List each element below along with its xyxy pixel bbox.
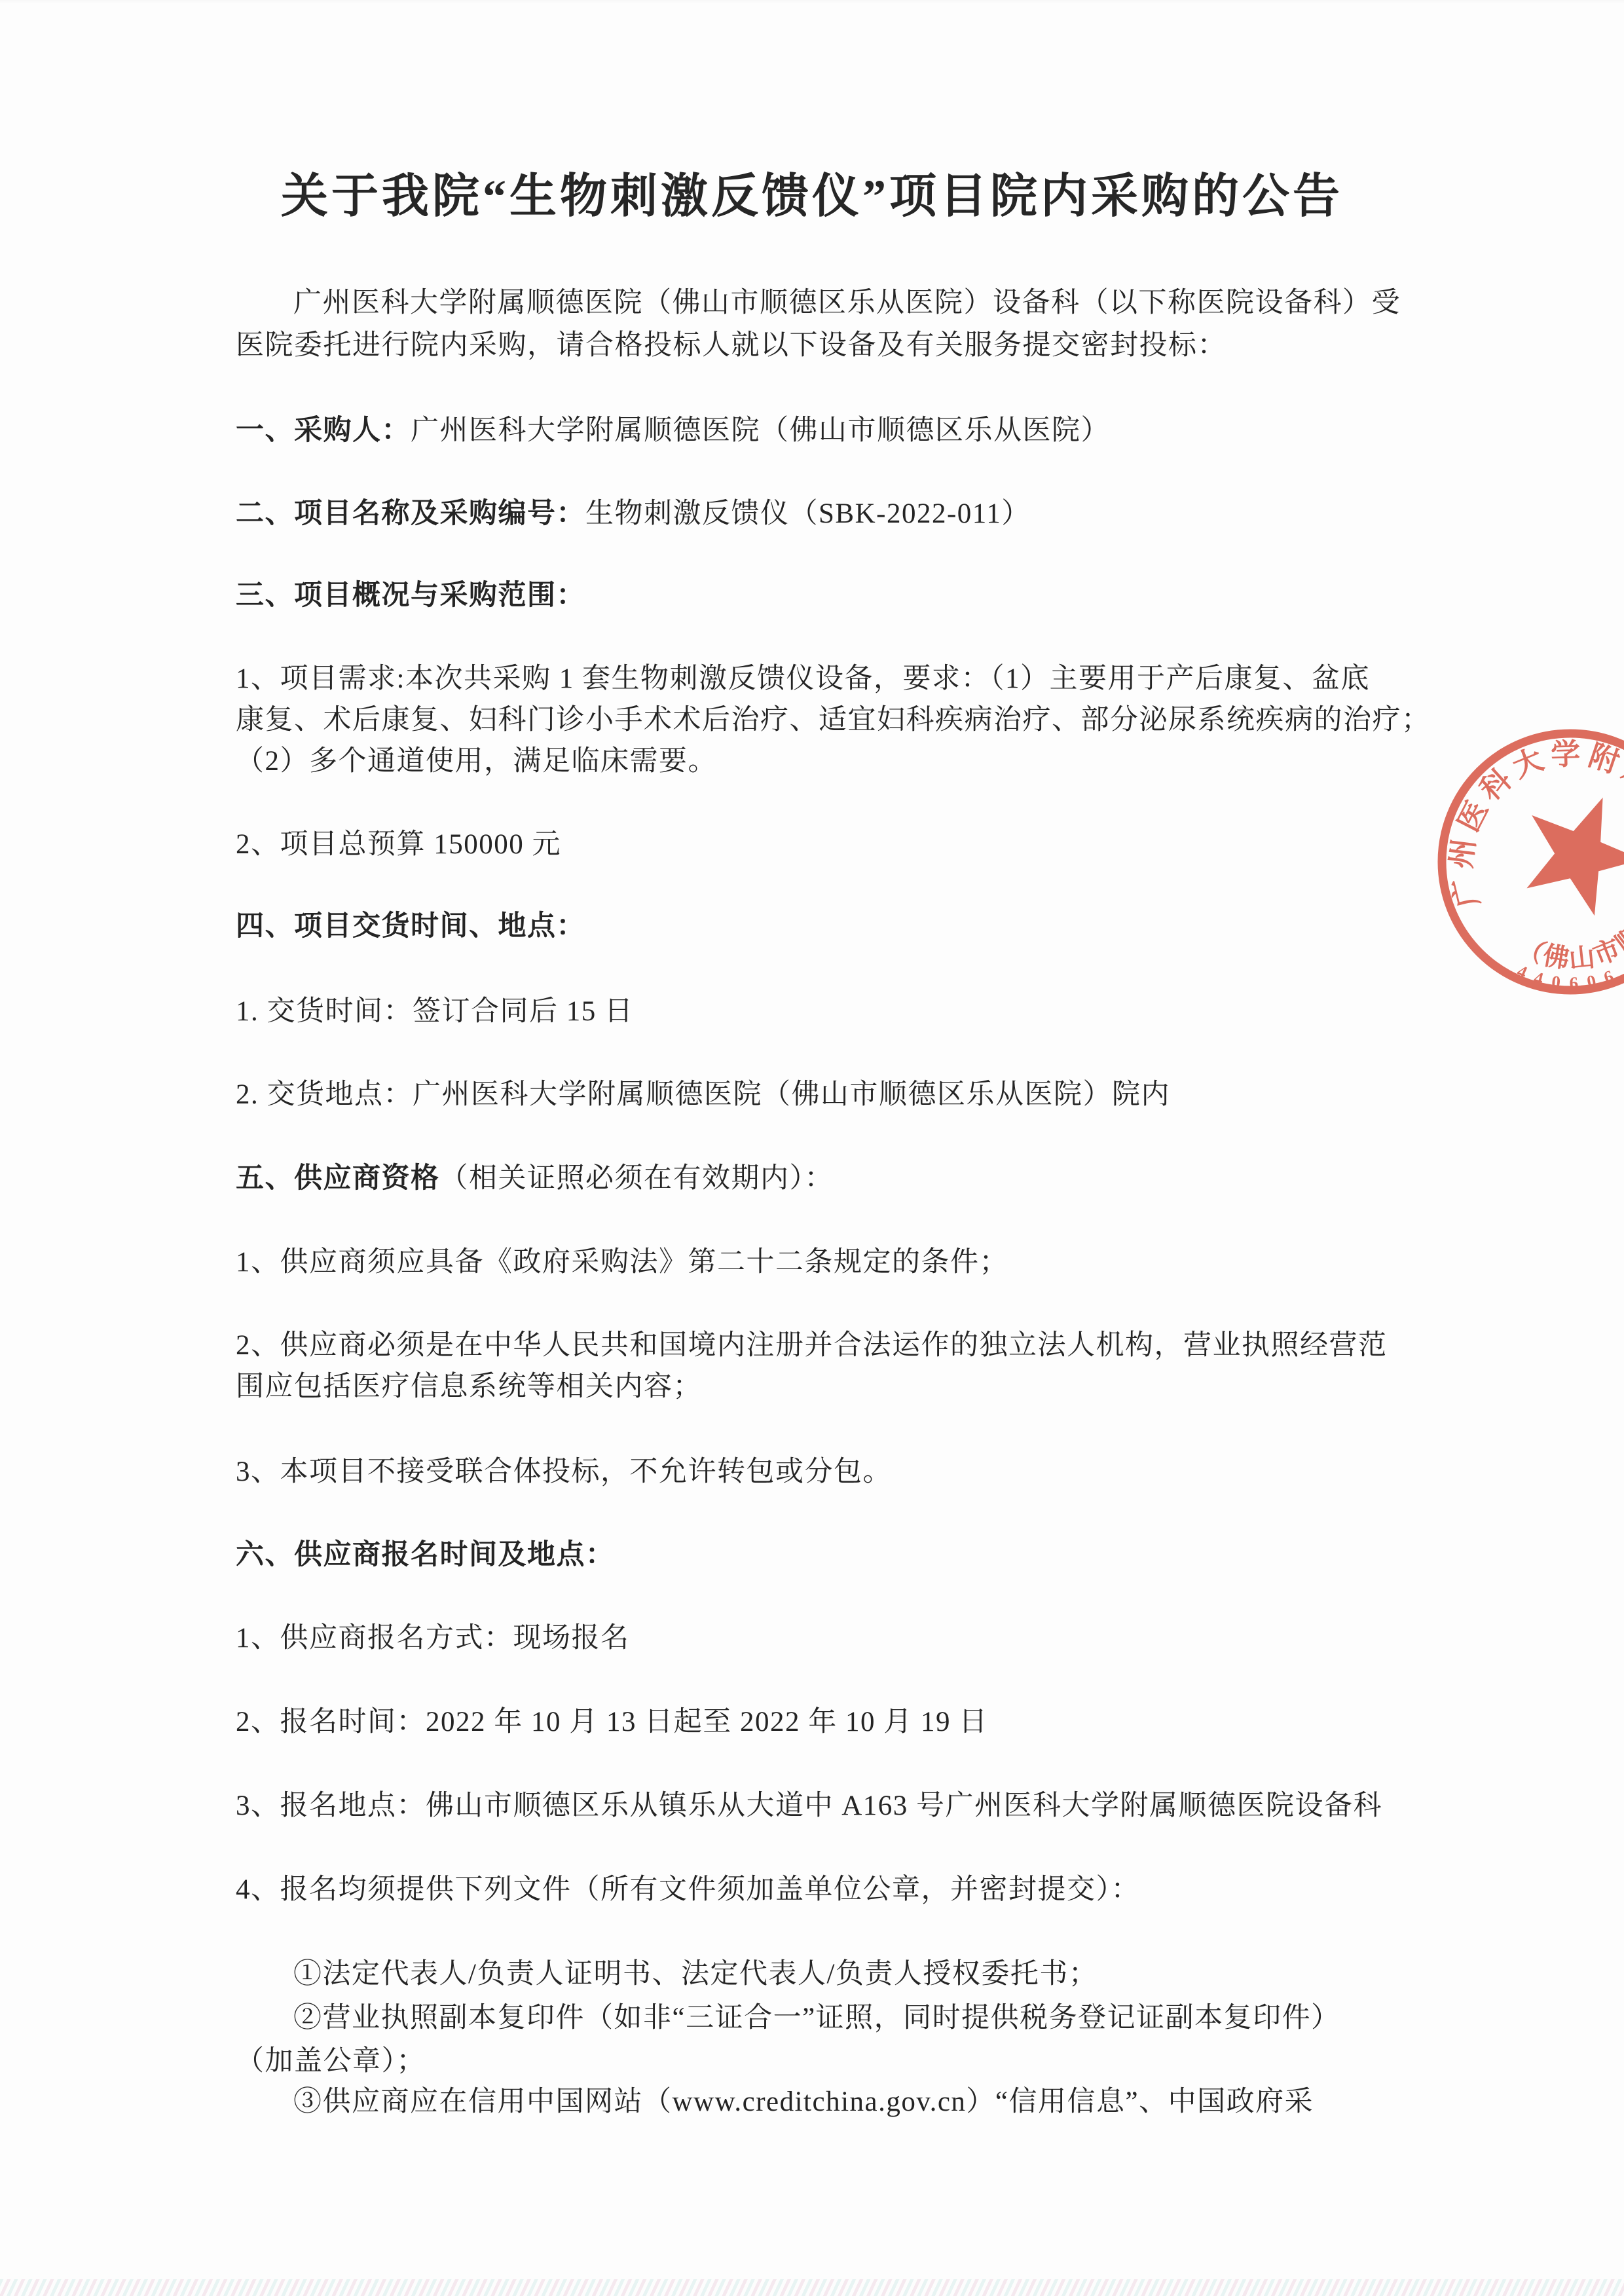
section-2-value: 生物刺激反馈仪（SBK-2022-011） <box>585 498 1031 529</box>
section-5-item-3: 3、本项目不接受联合体投标，不允许转包或分包。 <box>236 1451 892 1494</box>
section-4-item-2-delivery-place: 2. 交货地点：广州医科大学附属顺德医院（佛山市顺德区乐从医院）院内 <box>236 1073 1170 1117</box>
section-3-item-2-budget: 2、项目总预算 150000 元 <box>236 823 561 866</box>
section-6-item-4-documents: 4、报名均须提供下列文件（所有文件须加盖单位公章，并密封提交）： <box>236 1868 1140 1912</box>
section-5-heading: 五、供应商资格（相关证照必须在有效期内）： <box>236 1157 834 1200</box>
section-2-label: 二、项目名称及采购编号： <box>236 498 585 529</box>
section-6-item-2-time: 2、报名时间：2022 年 10 月 13 日起至 2022 年 10 月 19… <box>236 1701 988 1744</box>
section-6-item-4-sub-3: ③供应商应在信用中国网站（www.creditchina.gov.cn）“信用信… <box>293 2081 1314 2124</box>
section-6-item-1-method: 1、供应商报名方式：现场报名 <box>236 1617 630 1660</box>
section-6-item-4-sub-2-line-2: （加盖公章）； <box>236 2040 426 2083</box>
section-5-item-1: 1、供应商须应具备《政府采购法》第二十二条规定的条件； <box>236 1241 1008 1284</box>
section-3-item-1-line-3: （2）多个通道使用，满足临床需要。 <box>236 740 717 783</box>
scanned-procurement-notice-page: 关于我院“生物刺激反馈仪”项目院内采购的公告 广州医科大学附属顺德医院（佛山市顺… <box>0 0 1624 2296</box>
section-5-label: 五、供应商资格 <box>236 1163 440 1194</box>
section-6-item-3-place: 3、报名地点：佛山市顺德区乐从镇乐从大道中 A163 号广州医科大学附属顺德医院… <box>236 1785 1382 1828</box>
seal-star-icon <box>1505 775 1624 924</box>
section-1-purchaser: 一、采购人：广州医科大学附属顺德医院（佛山市顺德区乐从医院） <box>236 409 1110 453</box>
section-3-heading: 三、项目概况与采购范围： <box>236 574 585 618</box>
section-5-item-2-line-1: 2、供应商必须是在中华人民共和国境内注册并合法运作的独立法人机构，营业执照经营范 <box>236 1324 1388 1367</box>
section-1-label: 一、采购人： <box>236 415 411 446</box>
section-3-item-1-line-1: 1、项目需求:本次共采购 1 套生物刺激反馈仪设备，要求：（1）主要用于产后康复… <box>236 657 1370 701</box>
section-4-heading: 四、项目交货时间、地点： <box>236 905 585 948</box>
section-2-project-name: 二、项目名称及采购编号：生物刺激反馈仪（SBK-2022-011） <box>236 492 1031 536</box>
section-6-item-4-sub-2-line-1: ②营业执照副本复印件（如非“三证合一”证照，同时提供税务登记证副本复印件） <box>293 1997 1340 2040</box>
scan-top-edge-artifact <box>0 0 1624 4</box>
section-1-value: 广州医科大学附属顺德医院（佛山市顺德区乐从医院） <box>411 415 1110 446</box>
intro-line-2: 医院委托进行院内采购，请合格投标人就以下设备及有关服务提交密封投标： <box>236 324 1227 367</box>
section-3-item-1-line-2: 康复、术后康复、妇科门诊小手术术后治疗、适宜妇科疾病治疗、部分泌尿系统疾病的治疗… <box>236 699 1431 742</box>
scan-bottom-edge-artifact <box>0 2279 1624 2296</box>
official-seal: 广州医科大学附属顺德医院 （佛山市顺德区乐从医院） 440606 <box>1401 692 1624 1032</box>
section-6-item-4-sub-1: ①法定代表人/负责人证明书、法定代表人/负责人授权委托书； <box>293 1953 1098 1996</box>
section-5-label-note: （相关证照必须在有效期内）： <box>440 1163 834 1194</box>
page-title: 关于我院“生物刺激反馈仪”项目院内采购的公告 <box>0 168 1624 225</box>
section-5-item-2-line-2: 围应包括医疗信息系统等相关内容； <box>236 1365 702 1409</box>
section-4-item-1-delivery-time: 1. 交货时间：签订合同后 15 日 <box>236 990 634 1033</box>
section-6-heading: 六、供应商报名时间及地点： <box>236 1534 615 1577</box>
intro-line-1: 广州医科大学附属顺德医院（佛山市顺德区乐从医院）设备科（以下称医院设备科）受 <box>293 282 1401 325</box>
